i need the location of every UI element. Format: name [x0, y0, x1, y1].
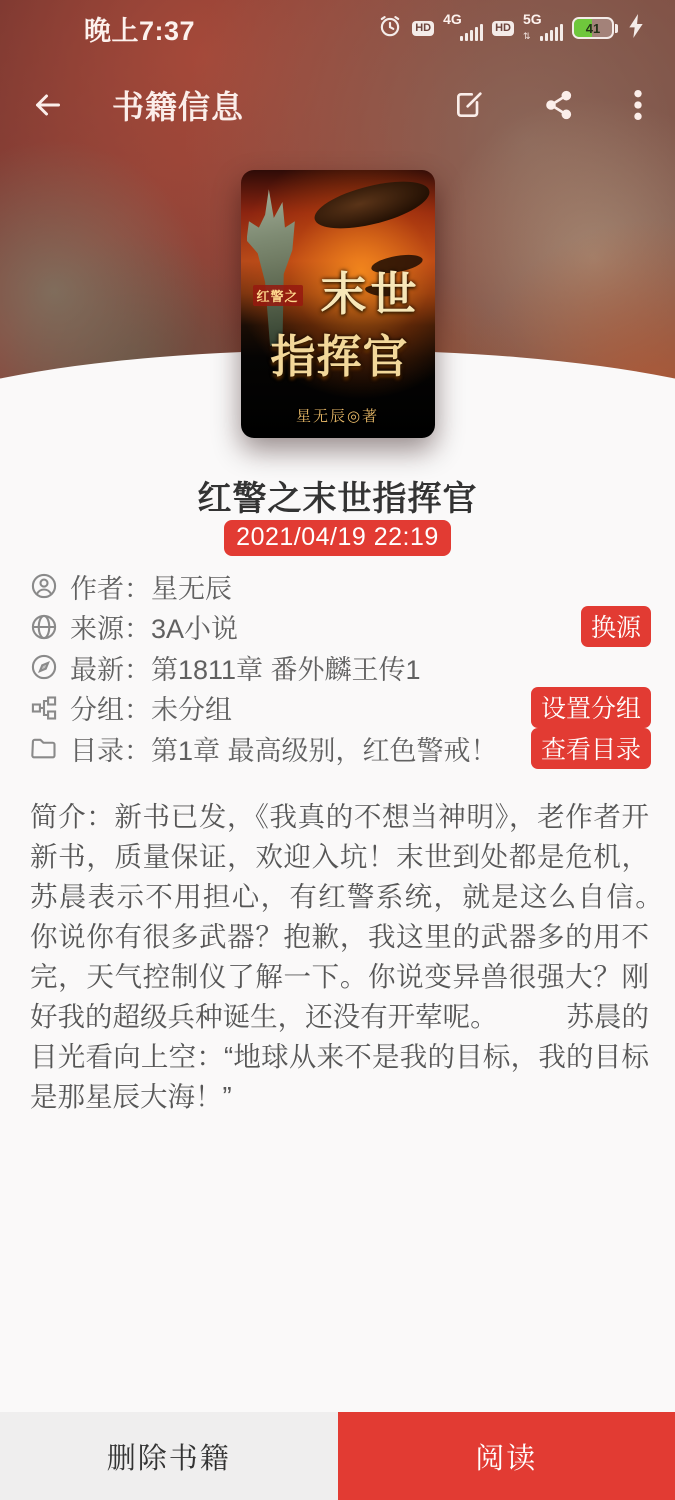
view-toc-button[interactable]: 查看目录 [531, 728, 651, 769]
charging-bolt-icon [627, 14, 645, 43]
signal-4g-icon: 4G [443, 13, 483, 43]
source-label: 来源： [70, 607, 151, 646]
source-row: 来源： 3A小说 换源 [0, 607, 675, 648]
book-cover[interactable]: 红警之 末世 指挥官 星无辰◎著 [241, 170, 435, 438]
delete-book-button[interactable]: 删除书籍 [0, 1412, 338, 1500]
cover-title-line2: 指挥官 [249, 320, 431, 385]
group-row: 分组： 未分组 设置分组 [0, 688, 675, 729]
overflow-menu-icon[interactable] [633, 88, 643, 122]
battery-icon: 41 [572, 17, 618, 39]
cover-series-text: 红警之 [253, 285, 303, 306]
book-title: 红警之末世指挥官 [0, 471, 675, 520]
clock-text: 晚上7:37 [84, 9, 195, 48]
change-source-button[interactable]: 换源 [581, 606, 651, 647]
latest-chapter-row: 最新： 第1811章 番外麟王传1 [0, 647, 675, 688]
read-button[interactable]: 阅读 [338, 1412, 675, 1500]
toc-row: 目录： 第1章 最高级别，红色警戒！ 查看目录 [0, 728, 675, 769]
description-label: 简介： [30, 801, 114, 832]
volte-hd-icon-1: HD [412, 21, 434, 36]
author-label: 作者： [70, 567, 151, 606]
toc-value: 第1章 最高级别，红色警戒！ [151, 729, 498, 768]
compass-icon [30, 653, 58, 681]
book-description[interactable]: 简介：新书已发，《我真的不想当神明》，老作者开新书，质量保证，欢迎入坑！末世到处… [30, 797, 649, 1117]
person-icon [30, 572, 58, 600]
author-row: 作者： 星无辰 [0, 566, 675, 607]
signal-5g-icon: 5G ⇅ [523, 13, 563, 43]
group-label: 分组： [70, 688, 151, 727]
app-bar: 书籍信息 [0, 58, 675, 152]
description-text: 新书已发，《我真的不想当神明》，老作者开新书，质量保证，欢迎入坑！末世到处都是危… [30, 801, 675, 1112]
status-icons: HD 4G HD 5G ⇅ 41 [377, 13, 645, 44]
alarm-icon [377, 13, 403, 44]
toc-label: 目录： [70, 729, 151, 768]
update-time-badge: 2021/04/19 22:19 [224, 520, 451, 556]
cover-title-line1: 末世 [321, 258, 421, 324]
latest-label: 最新： [70, 648, 151, 687]
globe-icon [30, 613, 58, 641]
group-value: 未分组 [151, 688, 232, 727]
status-bar: 晚上7:37 HD 4G HD 5G ⇅ 41 [0, 0, 675, 56]
edit-icon[interactable] [453, 89, 485, 121]
set-group-button[interactable]: 设置分组 [531, 687, 651, 728]
volte-hd-icon-2: HD [492, 21, 514, 36]
author-value: 星无辰 [151, 567, 232, 606]
folder-icon [30, 734, 58, 762]
cover-author-text: 星无辰◎著 [241, 405, 435, 426]
book-info-list: 作者： 星无辰 来源： 3A小说 换源 最新： 第1811章 番外麟王传1 [0, 566, 675, 769]
page-title: 书籍信息 [112, 82, 244, 128]
latest-value: 第1811章 番外麟王传1 [151, 648, 421, 687]
source-value: 3A小说 [151, 607, 238, 646]
back-button[interactable] [30, 87, 66, 123]
group-icon [30, 694, 58, 722]
share-icon[interactable] [543, 89, 575, 121]
bottom-action-bar: 删除书籍 阅读 [0, 1412, 675, 1500]
